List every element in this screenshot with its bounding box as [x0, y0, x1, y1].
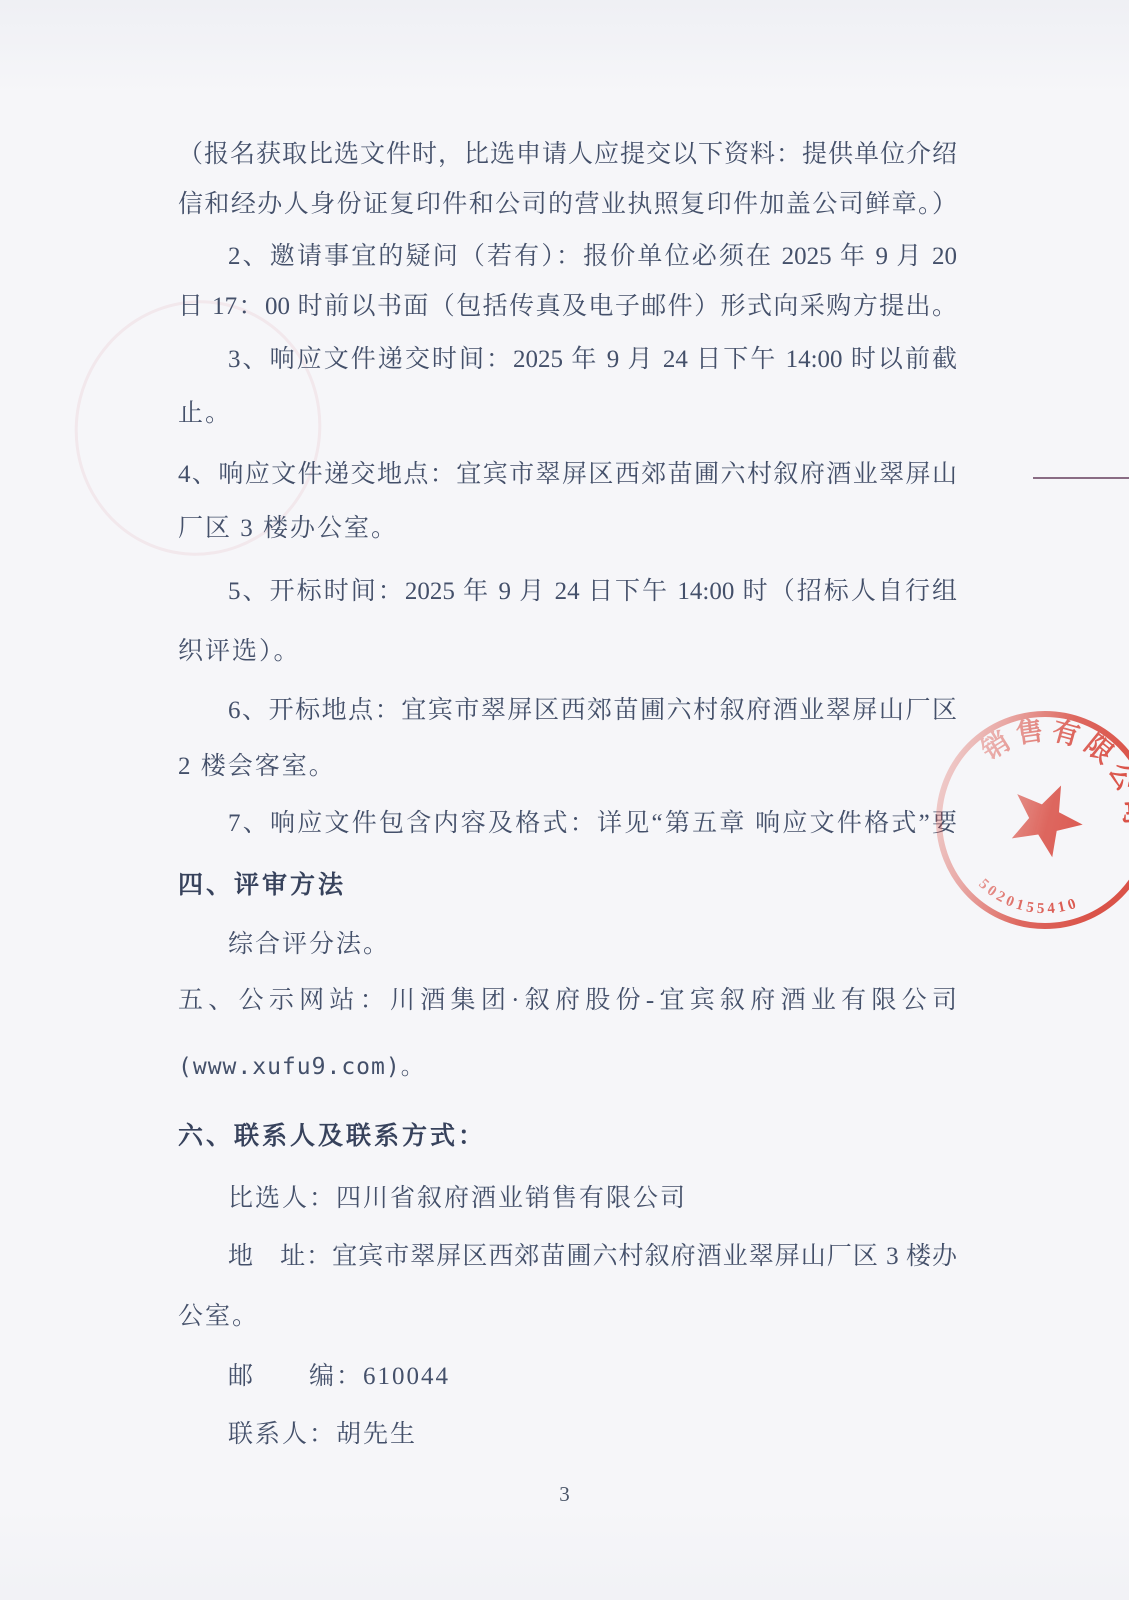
seal-ring — [939, 714, 1129, 926]
website-url: (www.xufu9.com)。 — [178, 1050, 957, 1084]
contact-postcode-line: 邮 编：610044 — [228, 1360, 957, 1394]
text-line: 日 17：00 时前以书面（包括传真及电子邮件）形式向采购方提出。 — [178, 290, 957, 324]
text-line: 公室。 — [178, 1300, 957, 1334]
seal-arc-text: 销售有限公司 — [976, 714, 1129, 832]
page-number: 3 — [0, 1482, 1129, 1507]
contact-address-line: 地 址：宜宾市翠屏区西郊苗圃六村叙府酒业翠屏山厂区 3 楼办 — [228, 1240, 957, 1274]
text-line: 厂区 3 楼办公室。 — [178, 512, 957, 546]
text-line: 止。 — [178, 397, 957, 431]
text-line: 5、开标时间：2025 年 9 月 24 日下午 14:00 时（招标人自行组 — [228, 575, 957, 609]
svg-text:销售有限公司: 销售有限公司 — [976, 714, 1129, 832]
section-heading-evaluation-method: 四、评审方法 — [178, 869, 957, 903]
section-heading-publicity-website: 五、公示网站：川酒集团·叙府股份-宜宾叙府酒业有限公司 — [178, 984, 957, 1018]
seal-serial-number: 5020155410 — [975, 876, 1081, 917]
text-line: 2、邀请事宜的疑问（若有）：报价单位必须在 2025 年 9 月 20 — [228, 240, 957, 274]
scan-artifact-line — [1033, 477, 1129, 479]
document-page: （报名获取比选文件时，比选申请人应提交以下资料：提供单位介绍 信和经办人身份证复… — [0, 0, 1129, 1600]
text-line: 3、响应文件递交时间：2025 年 9 月 24 日下午 14:00 时以前截 — [228, 343, 957, 377]
contact-person-line: 联系人：胡先生 — [228, 1418, 957, 1452]
svg-text:5020155410: 5020155410 — [975, 876, 1081, 917]
section-heading-contact: 六、联系人及联系方式： — [178, 1120, 957, 1154]
text-line: 2 楼会客室。 — [178, 750, 957, 784]
text-line: 综合评分法。 — [228, 928, 957, 962]
text-line: 6、开标地点：宜宾市翠屏区西郊苗圃六村叙府酒业翠屏山厂区 — [228, 694, 957, 728]
text-line: 织评选）。 — [178, 635, 957, 669]
text-line: 信和经办人身份证复印件和公司的营业执照复印件加盖公司鲜章。） — [178, 188, 957, 222]
text-line: 4、响应文件递交地点：宜宾市翠屏区西郊苗圃六村叙府酒业翠屏山 — [178, 458, 957, 492]
text-line: 7、响应文件包含内容及格式：详见“第五章 响应文件格式”要 — [228, 807, 957, 841]
seal-star-icon — [999, 770, 1093, 863]
contact-selector-line: 比选人：四川省叙府酒业销售有限公司 — [228, 1182, 957, 1216]
text-line: （报名获取比选文件时，比选申请人应提交以下资料：提供单位介绍 — [178, 138, 957, 172]
